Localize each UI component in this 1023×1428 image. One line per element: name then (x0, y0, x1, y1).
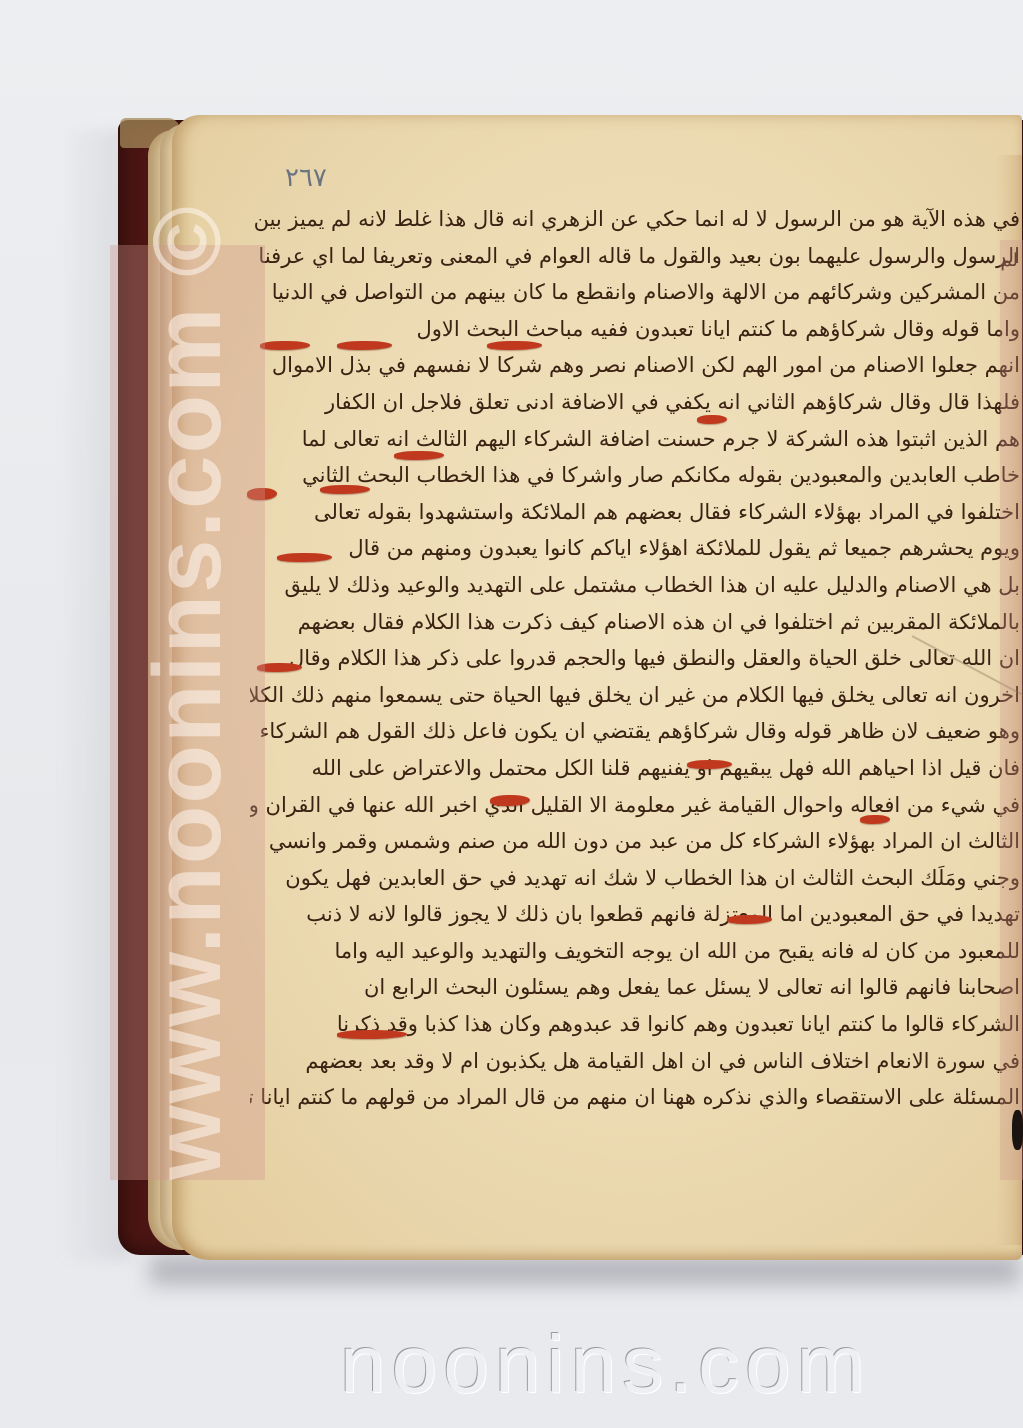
text-line: الرسول والرسول عليهما بون بعيد والقول ما… (250, 238, 1020, 275)
text-line: انهم جعلوا الاصنام من امور الهم لكن الاص… (250, 347, 1020, 384)
text-line: ويوم يحشرهم جميعا ثم يقول للملائكة اهؤلا… (250, 530, 1020, 567)
text-line: في سورة الانعام اختلاف الناس في ان اهل ا… (250, 1043, 1020, 1080)
text-line: بالملائكة المقربين ثم اختلفوا في ان هذه … (250, 604, 1020, 641)
watermark-band-right (1000, 240, 1023, 1180)
text-line: ان الله تعالى خلق الحياة والعقل والنطق ف… (250, 640, 1020, 677)
watermark-bottom: noonins.com (340, 1318, 871, 1412)
text-line: فلهذا قال وقال شركاؤهم الثاني انه يكفي ف… (250, 384, 1020, 421)
text-line: في شيء من افعاله واحوال القيامة غير معلو… (250, 787, 1020, 824)
text-line: اصحابنا فانهم قالوا انه تعالى لا يسئل عم… (250, 969, 1020, 1006)
text-line: المسئلة على الاستقصاء والذي نذكره ههنا ا… (250, 1079, 1020, 1116)
text-line: في هذه الآية هو من الرسول لا له انما حكي… (250, 201, 1020, 238)
ink-blot (1012, 1110, 1023, 1150)
text-line: وجني ومَلَك البحث الثالث ان هذا الخطاب ل… (250, 860, 1020, 897)
text-line: هم الذين اثبتوا هذه الشركة لا جرم حسنت ا… (250, 421, 1020, 458)
text-line: فان قيل اذا احياهم الله فهل يبقيهم او يف… (250, 750, 1020, 787)
text-line: للمعبود من كان له فانه يقبح من الله ان ي… (250, 933, 1020, 970)
text-line: من المشركين وشركائهم من الالهة والاصنام … (250, 274, 1020, 311)
text-line: الثالث ان المراد بهؤلاء الشركاء كل من عب… (250, 823, 1020, 860)
manuscript-page: ٢٦٧ في هذه الآية هو من الرسول لا له انما… (172, 115, 1022, 1260)
text-line: اختلفوا في المراد بهؤلاء الشركاء فقال بع… (250, 494, 1020, 531)
text-line: اخرون انه تعالى يخلق فيها الكلام من غير … (250, 677, 1020, 714)
text-block: في هذه الآية هو من الرسول لا له انما حكي… (250, 201, 1020, 1116)
folio-number: ٢٦٧ (285, 163, 327, 193)
watermark-vertical: www.noonins.com © (133, 204, 243, 1180)
text-line: بل هي الاصنام والدليل عليه ان هذا الخطاب… (250, 567, 1020, 604)
text-line: وهو ضعيف لان ظاهر قوله وقال شركاؤهم يقتض… (250, 713, 1020, 750)
text-line: تهديدا في حق المعبودين اما المعتزلة فانه… (250, 896, 1020, 933)
